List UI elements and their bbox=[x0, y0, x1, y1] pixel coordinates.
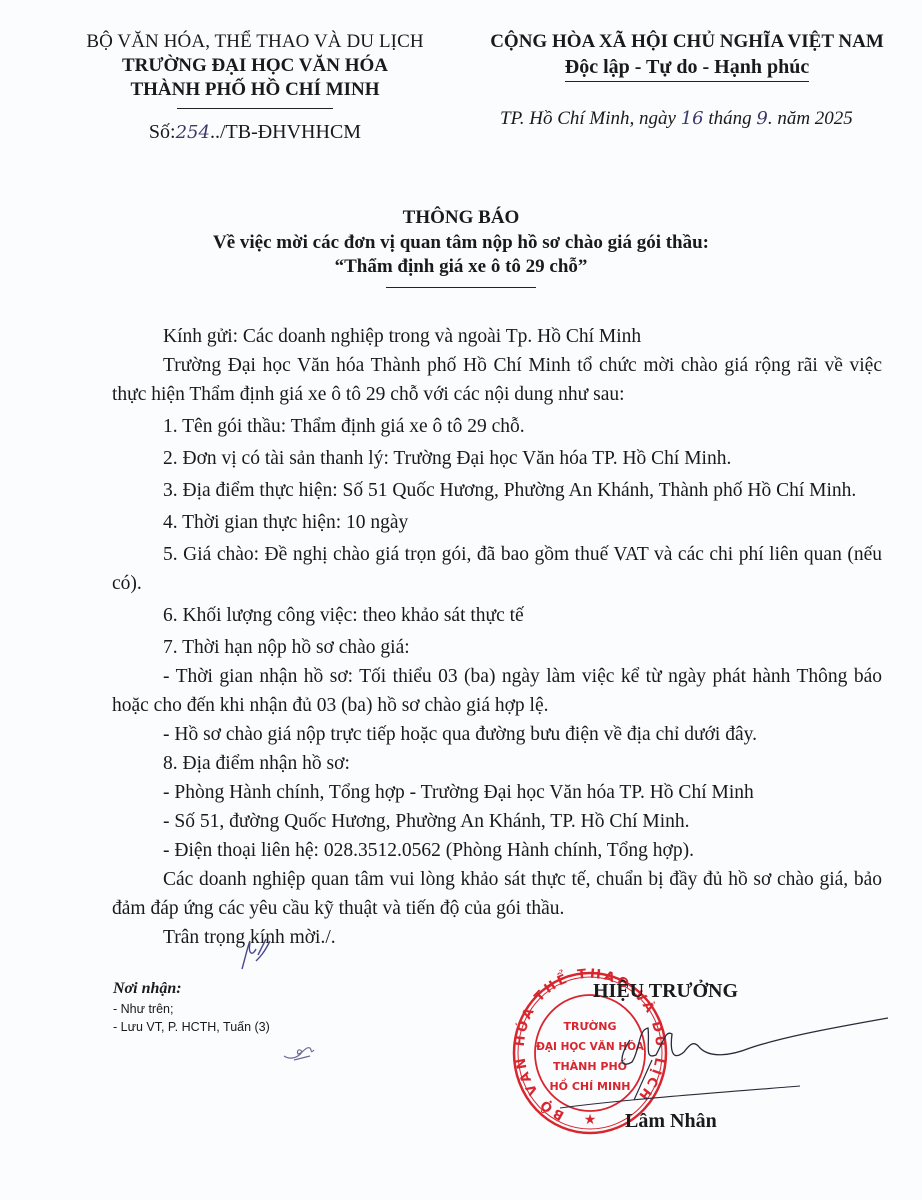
handwritten-initial-icon bbox=[280, 1038, 320, 1062]
list-item: 8. Địa điểm nhận hồ sơ: bbox=[112, 749, 882, 778]
list-item: 1. Tên gói thầu: Thẩm định giá xe ô tô 2… bbox=[112, 412, 882, 441]
document-number: Số:254../TB-ĐHVHHCM bbox=[40, 121, 470, 144]
notice-body: Kính gửi: Các doanh nghiệp trong và ngoà… bbox=[112, 322, 882, 952]
list-item: 5. Giá chào: Đề nghị chào giá trọn gói, … bbox=[112, 540, 882, 598]
list-item: - Điện thoại liên hệ: 028.3512.0562 (Phò… bbox=[112, 836, 882, 865]
signer-title: HIỆU TRƯỞNG bbox=[593, 980, 738, 1003]
school-name-line1: TRƯỜNG ĐẠI HỌC VĂN HÓA bbox=[40, 54, 470, 78]
salutation: Kính gửi: Các doanh nghiệp trong và ngoà… bbox=[112, 322, 882, 351]
date-day: 16 bbox=[681, 108, 704, 129]
title-divider bbox=[386, 287, 536, 288]
intro-paragraph: Trường Đại học Văn hóa Thành phố Hồ Chí … bbox=[112, 351, 882, 409]
signature-icon bbox=[560, 1000, 890, 1120]
school-name-line2: THÀNH PHỐ HỒ CHÍ MINH bbox=[40, 78, 470, 102]
list-item: 7. Thời hạn nộp hồ sơ chào giá: bbox=[112, 633, 882, 662]
closing-line: Trân trọng kính mời./. bbox=[112, 923, 882, 952]
nation-name: CỘNG HÒA XÃ HỘI CHỦ NGHĨA VIỆT NAM bbox=[462, 30, 912, 54]
notice-title-block: THÔNG BÁO Về việc mời các đơn vị quan tâ… bbox=[0, 205, 922, 288]
national-motto: Độc lập - Tự do - Hạnh phúc bbox=[565, 54, 809, 82]
recipient-item: - Lưu VT, P. HCTH, Tuấn (3) bbox=[113, 1018, 270, 1036]
doc-no-handwritten: 254 bbox=[176, 122, 210, 143]
notice-heading: THÔNG BÁO bbox=[0, 205, 922, 231]
date-month: 9 bbox=[756, 108, 767, 129]
closing-paragraph: Các doanh nghiệp quan tâm vui lòng khảo … bbox=[112, 865, 882, 923]
doc-no-suffix: ../TB-ĐHVHHCM bbox=[210, 121, 361, 143]
ministry-name: BỘ VĂN HÓA, THỂ THAO VÀ DU LỊCH bbox=[40, 30, 470, 54]
list-item: - Hồ sơ chào giá nộp trực tiếp hoặc qua … bbox=[112, 720, 882, 749]
issuing-agency-block: BỘ VĂN HÓA, THỂ THAO VÀ DU LỊCH TRƯỜNG Đ… bbox=[40, 30, 470, 144]
notice-subject: Về việc mời các đơn vị quan tâm nộp hồ s… bbox=[0, 231, 922, 255]
list-item: - Thời gian nhận hồ sơ: Tối thiểu 03 (ba… bbox=[112, 662, 882, 720]
list-item: - Phòng Hành chính, Tổng hợp - Trường Đạ… bbox=[112, 778, 882, 807]
list-item: 3. Địa điểm thực hiện: Số 51 Quốc Hương,… bbox=[112, 476, 882, 505]
handwritten-initial-icon bbox=[236, 935, 276, 975]
list-item: 4. Thời gian thực hiện: 10 ngày bbox=[112, 508, 882, 537]
date-prefix: TP. Hồ Chí Minh, ngày bbox=[500, 108, 681, 129]
national-header-block: CỘNG HÒA XÃ HỘI CHỦ NGHĨA VIỆT NAM Độc l… bbox=[462, 30, 912, 82]
list-item: 2. Đơn vị có tài sản thanh lý: Trường Đạ… bbox=[112, 444, 882, 473]
doc-no-prefix: Số: bbox=[149, 121, 176, 143]
package-name: “Thẩm định giá xe ô tô 29 chỗ” bbox=[0, 255, 922, 279]
recipients-block: Nơi nhận: - Như trên; - Lưu VT, P. HCTH,… bbox=[113, 978, 270, 1036]
recipient-item: - Như trên; bbox=[113, 1000, 270, 1018]
date-mid: tháng bbox=[704, 108, 757, 129]
recipients-heading: Nơi nhận: bbox=[113, 978, 270, 1000]
header-divider bbox=[177, 108, 333, 109]
date-suffix: . năm 2025 bbox=[768, 108, 853, 129]
issue-date: TP. Hồ Chí Minh, ngày 16 tháng 9. năm 20… bbox=[500, 108, 853, 130]
list-item: 6. Khối lượng công việc: theo khảo sát t… bbox=[112, 601, 882, 630]
list-item: - Số 51, đường Quốc Hương, Phường An Khá… bbox=[112, 807, 882, 836]
signer-name: Lâm Nhân bbox=[625, 1110, 717, 1133]
